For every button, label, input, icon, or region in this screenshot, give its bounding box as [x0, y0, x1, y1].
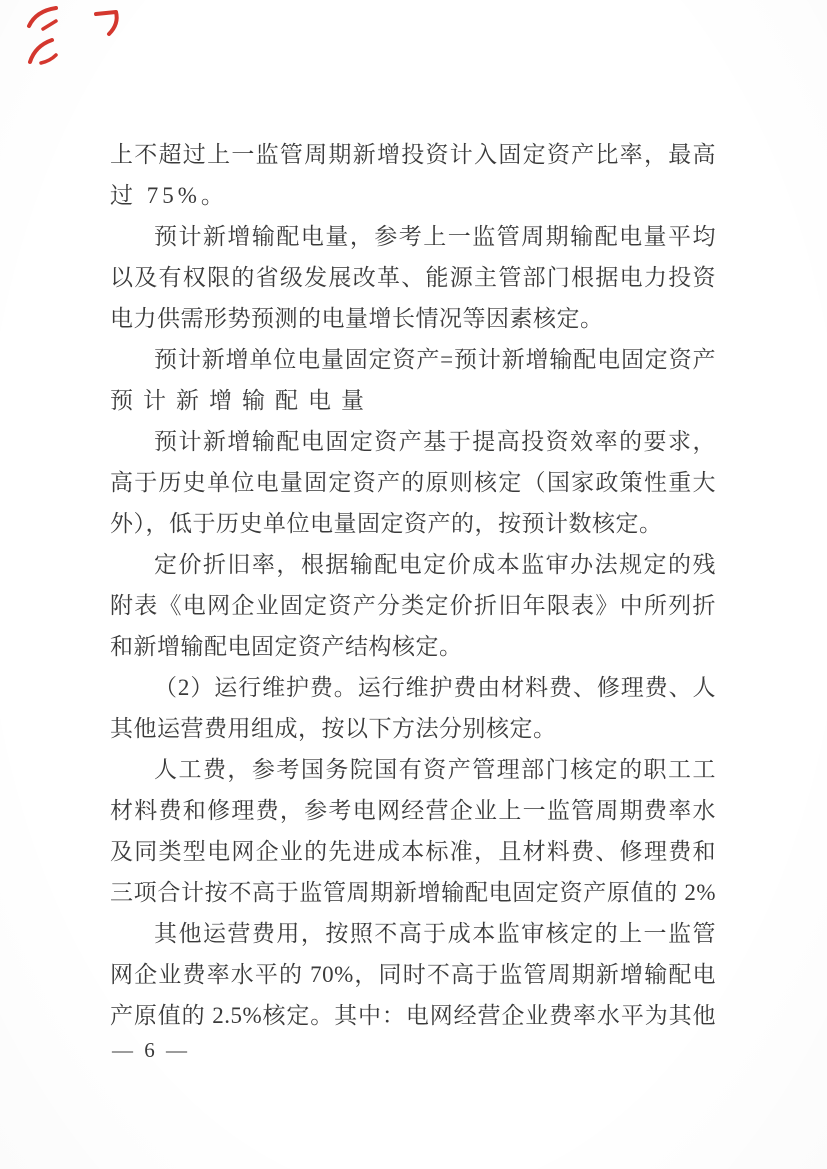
- text-line: 和新增输配电固定资产结构核定。: [110, 626, 716, 667]
- text-line: 三项合计按不高于监管周期新增输配电固定资产原值的 2%核定。: [110, 872, 716, 913]
- red-stamp-fragments: [0, 0, 140, 80]
- text-line: 附表《电网企业固定资产分类定价折旧年限表》中所列折旧年限: [110, 585, 716, 626]
- text-line: 其他运营费用，按照不高于成本监审核定的上一监管周期电: [110, 913, 716, 954]
- text-line: （2）运行维护费。运行维护费由材料费、修理费、人工费、: [110, 667, 716, 708]
- text-line: 电力供需形势预测的电量增长情况等因素核定。: [110, 298, 716, 339]
- text-line: 定价折旧率，根据输配电定价成本监审办法规定的残值率、: [110, 544, 716, 585]
- stamp-stroke-top-left-lower: [26, 36, 60, 66]
- text-line: 其他运营费用组成，按以下方法分别核定。: [110, 708, 716, 749]
- text-line: 预计新增输配电量，参考上一监管周期输配电量平均增速，: [110, 216, 716, 257]
- text-line: 及同类型电网企业的先进成本标准，且材料费、修理费和人工费: [110, 831, 716, 872]
- text-line: 过 75%。: [110, 175, 716, 216]
- text-block: 上不超过上一监管周期新增投资计入固定资产比率，最高不得超过 75%。预计新增输配…: [110, 134, 716, 1036]
- text-line: 材料费和修理费，参考电网经营企业上一监管周期费率水平，以: [110, 790, 716, 831]
- text-line: 产原值的 2.5%核定。其中：电网经营企业费率水平为其他运营费: [110, 995, 716, 1036]
- text-line: 高于历史单位电量固定资产的原则核定（国家政策性重大投资除: [110, 462, 716, 503]
- page-number: — 6 —: [112, 1036, 190, 1064]
- stamp-stroke-top-right: [92, 8, 122, 38]
- text-line: 上不超过上一监管周期新增投资计入固定资产比率，最高不得超: [110, 134, 716, 175]
- text-line: 人工费，参考国务院国有资产管理部门核定的职工工资总额；: [110, 749, 716, 790]
- stamp-stroke-top-left-upper: [26, 4, 60, 32]
- text-line: 外），低于历史单位电量固定资产的，按预计数核定。: [110, 503, 716, 544]
- text-line: 以及有权限的省级发展改革、能源主管部门根据电力投资增长和: [110, 257, 716, 298]
- text-line: 预计新增输配电量: [110, 380, 716, 421]
- text-line: 网企业费率水平的 70%，同时不高于监管周期新增输配电固定资: [110, 954, 716, 995]
- text-line: 预计新增输配电固定资产基于提高投资效率的要求，按照不: [110, 421, 716, 462]
- document-page: 上不超过上一监管周期新增投资计入固定资产比率，最高不得超过 75%。预计新增输配…: [0, 0, 827, 1169]
- text-line: 预计新增单位电量固定资产=预计新增输配电固定资产原值÷: [110, 339, 716, 380]
